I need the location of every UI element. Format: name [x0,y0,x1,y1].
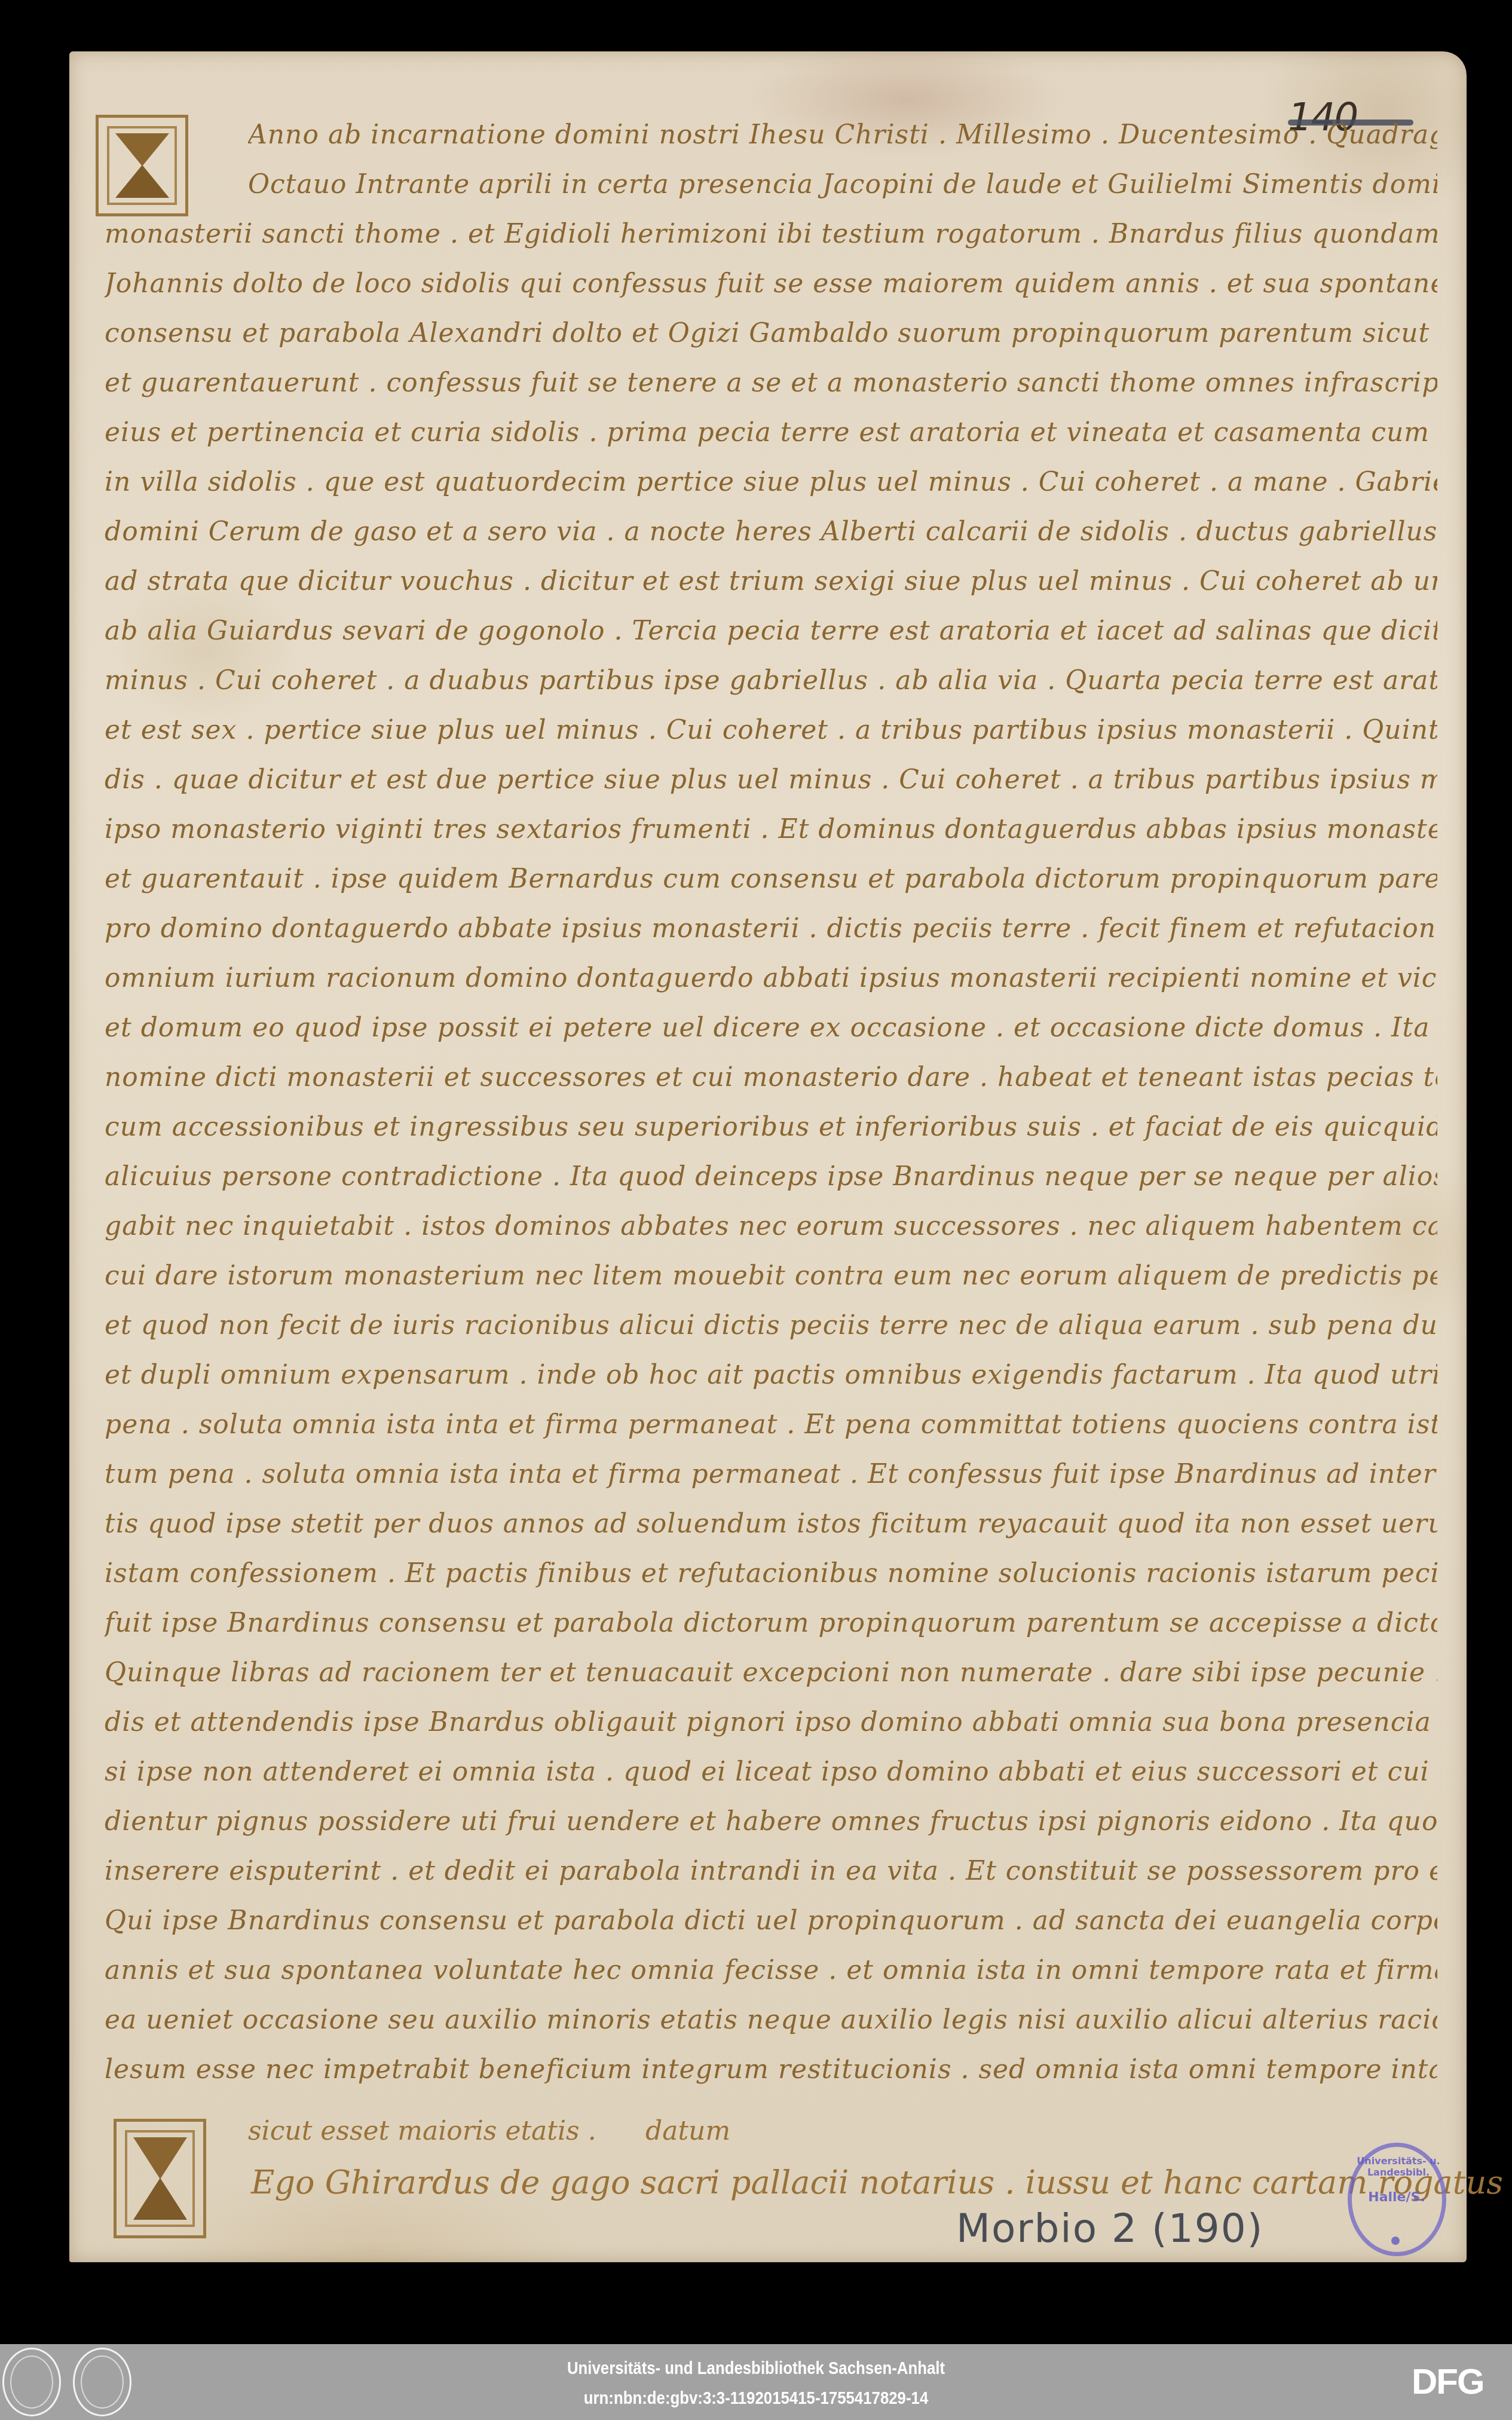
notary-sign-icon [96,115,188,216]
text-line: istam confessionem . Et pactis finibus e… [105,1558,1437,1589]
text-line: inserere eisputerint . et dedit ei parab… [105,1856,1437,1886]
notary-sign-icon [114,2119,206,2238]
text-line: gabit nec inquietabit . istos dominos ab… [105,1211,1437,1241]
text-line: tum pena . soluta omnia ista inta et fir… [105,1459,1437,1489]
text-line: Johannis dolto de loco sidolis qui confe… [105,268,1437,299]
text-line: lesum esse nec impetrabit beneficium int… [105,2054,1437,2085]
text-line: et guarentauit . ipse quidem Bernardus c… [105,864,1437,894]
text-line: tis quod ipse stetit per duos annos ad s… [105,1509,1437,1539]
text-line: ipso monasterio viginti tres sextarios f… [105,814,1437,845]
text-line: consensu et parabola Alexandri dolto et … [105,318,1437,348]
university-seal-icon [2,2348,61,2416]
dfg-logo-icon: DFG [1412,2361,1484,2402]
notary-sign-lower-triangle [133,2178,187,2220]
datum-note: datum [645,2116,730,2146]
text-line: nomine dicti monasterii et successores e… [105,1062,1437,1093]
text-line: ad strata que dicitur vouchus . dicitur … [105,566,1437,596]
text-line: cui dare istorum monasterium nec litem m… [105,1261,1437,1291]
text-line: eius et pertinencia et curia sidolis . p… [105,417,1437,448]
text-line: omnium iurium racionum domino dontaguerd… [105,963,1437,993]
notary-sign-upper-triangle [133,2137,187,2179]
text-line: alicuius persone contradictione . Ita qu… [105,1161,1437,1192]
urn-identifier: urn:nbn:de:gbv:3:3-1192015415-1755417829… [106,2388,1406,2409]
text-line: si ipse non attenderet ei omnia ista . q… [105,1757,1437,1787]
text-line: et dupli omnium expensarum . inde ob hoc… [105,1360,1437,1390]
stamp-center-text: Halle/S. [1352,2190,1441,2205]
text-line: Anno ab incarnatione domini nostri Ihesu… [248,120,1437,150]
text-line: Quinque libras ad racionem ter et tenuac… [105,1657,1437,1688]
library-stamp: Universitäts- u. Landesbibl. Halle/S. [1348,2143,1446,2256]
text-line: et quod non fecit de iuris racionibus al… [105,1310,1437,1341]
text-line: pro domino dontaguerdo abbate ipsius mon… [105,913,1437,944]
notary-sign-lower-triangle [115,165,169,198]
text-line: annis et sua spontanea voluntate hec omn… [105,1955,1437,1985]
image-viewer: 140 Anno ab incarnatione domini nostri I… [0,0,1512,2344]
text-line: ea ueniet occasione seu auxilio minoris … [105,2005,1437,2035]
institution-name: Universitäts- und Landesbibliothek Sachs… [106,2358,1406,2379]
text-line: monasterii sancti thome . et Egidioli he… [105,219,1437,249]
notary-sign-upper-triangle [115,133,169,166]
text-line: in villa sidolis . que est quatuordecim … [105,467,1437,497]
text-line: et guarentauerunt . confessus fuit se te… [105,368,1437,398]
text-line: Octauo Intrante aprili in certa presenci… [248,169,1437,200]
notary-subscription: Ego Ghirardus de gago sacri pallacii not… [251,2164,1512,2201]
shelfmark: Morbio 2 (190) [956,2205,1264,2251]
text-line: et est sex . pertice siue plus uel minus… [105,715,1437,745]
text-line: dis . quae dicitur et est due pertice si… [105,764,1437,795]
text-line: ab alia Guiardus sevari de gogonolo . Te… [105,616,1437,646]
text-line: pena . soluta omnia ista inta et firma p… [105,1409,1437,1440]
text-line: fuit ipse Bnardinus consensu et parabola… [105,1608,1437,1638]
closing-line: sicut esset maioris etatis . [248,2116,596,2146]
stamp-rim-text: Universitäts- u. Landesbibl. [1357,2155,1440,2178]
text-line: dis et attendendis ipse Bnardus obligaui… [105,1707,1437,1737]
text-line: minus . Cui coheret . a duabus partibus … [105,665,1437,696]
text-line: et domum eo quod ipse possit ei petere u… [105,1012,1437,1043]
stamp-dot [1391,2237,1400,2245]
footer-bar: Universitäts- und Landesbibliothek Sachs… [0,2344,1512,2420]
text-line: Qui ipse Bnardinus consensu et parabola … [105,1905,1437,1936]
text-line: cum accessionibus et ingressibus seu sup… [105,1112,1437,1142]
text-line: dientur pignus possidere uti frui uender… [105,1806,1437,1837]
text-line: domini Cerum de gaso et a sero via . a n… [105,516,1437,547]
